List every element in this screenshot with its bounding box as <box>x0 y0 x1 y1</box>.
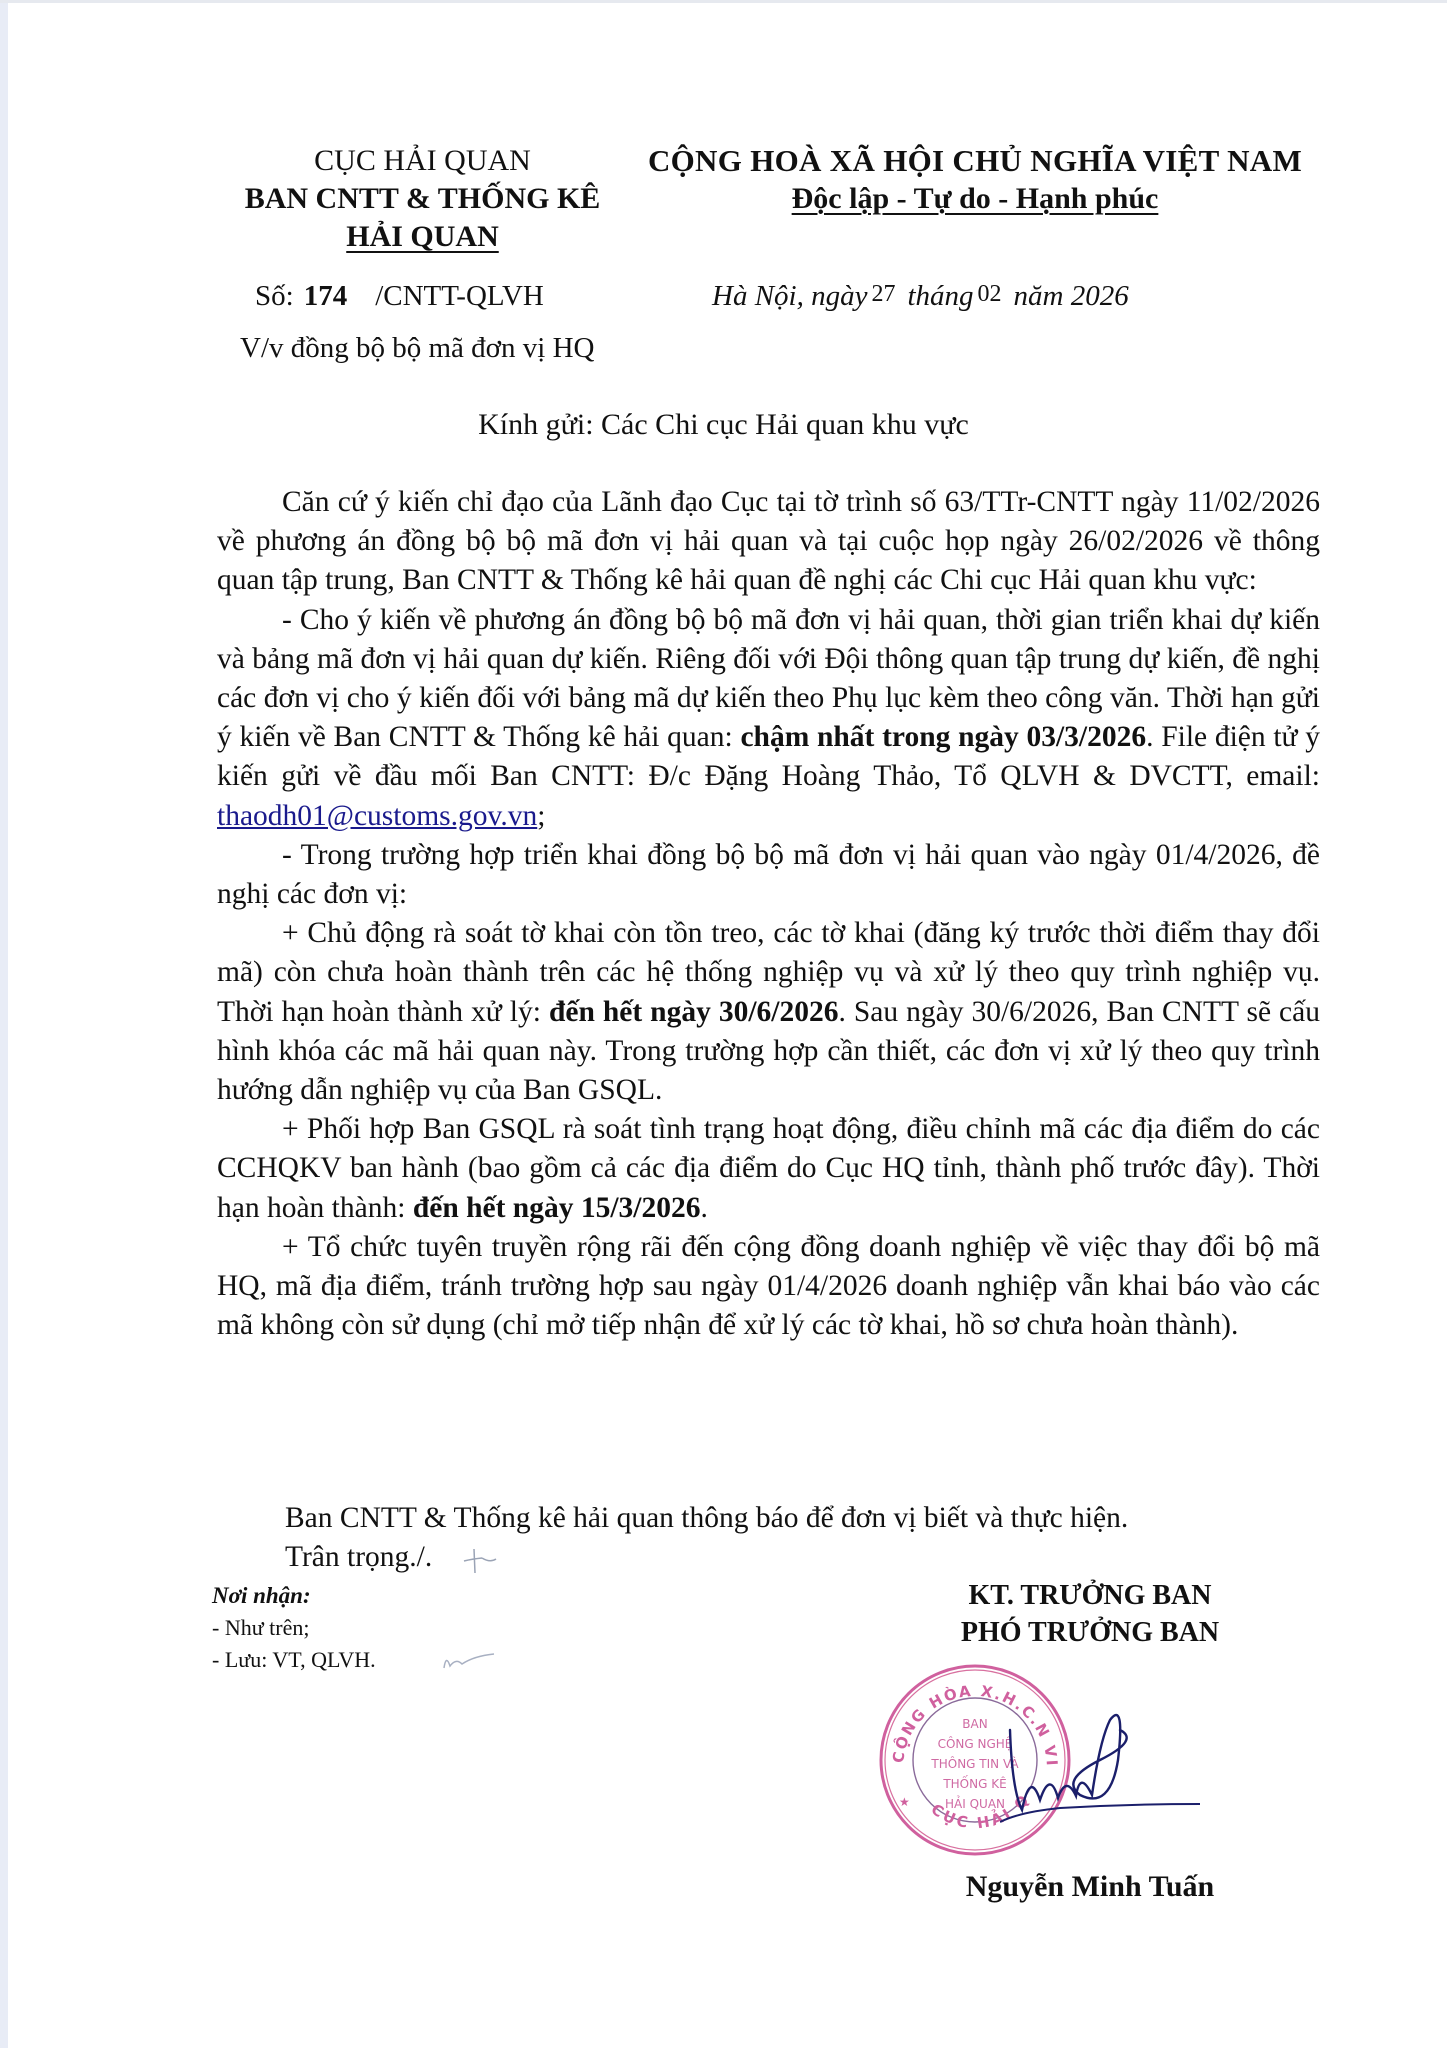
deadline-review: đến hết ngày 30/6/2026 <box>549 996 839 1028</box>
signature-icon <box>1000 1700 1210 1840</box>
date-month: 02 <box>978 281 1002 307</box>
closing-notice: Ban CNTT & Thống kê hải quan thông báo đ… <box>285 1502 1128 1535</box>
agency-parent: CỤC HẢI QUAN <box>210 142 635 180</box>
email-link[interactable]: thaodh01@customs.gov.vn <box>217 800 537 832</box>
recipient-item: - Lưu: VT, QLVH. <box>212 1644 376 1676</box>
deadline-feedback: chậm nhất trong ngày 03/3/2026 <box>740 721 1146 753</box>
paragraph-coordinate-gsql: + Phối hợp Ban GSQL rà soát tình trạng h… <box>217 1110 1320 1228</box>
addressee: Kính gửi: Các Chi cục Hải quan khu vực <box>0 408 1447 442</box>
recipients-title: Nơi nhận: <box>212 1580 376 1612</box>
paragraph-request-feedback: - Cho ý kiến về phương án đồng bộ bộ mã … <box>217 601 1320 836</box>
signature-title-1: KT. TRƯỞNG BAN <box>870 1580 1310 1612</box>
closing-regards: Trân trọng./. <box>285 1541 432 1574</box>
signature-title-2: PHÓ TRƯỞNG BAN <box>870 1617 1310 1649</box>
agency-name-line2: HẢI QUAN <box>210 218 635 256</box>
recipient-item: - Như trên; <box>212 1612 376 1644</box>
document-number: Số:174/CNTT-QLVH <box>255 280 544 313</box>
initial-mark-icon <box>440 1648 500 1672</box>
svg-text:★: ★ <box>899 1795 910 1809</box>
recipients-list: Nơi nhận: - Như trên; - Lưu: VT, QLVH. <box>212 1580 376 1676</box>
svg-text:BAN: BAN <box>962 1717 987 1731</box>
subject-line: V/v đồng bộ bộ mã đơn vị HQ <box>240 332 594 365</box>
national-title: CỘNG HOÀ XÃ HỘI CHỦ NGHĨA VIỆT NAM Độc l… <box>640 142 1310 218</box>
initial-mark-icon <box>460 1545 500 1575</box>
agency-name: BAN CNTT & THỐNG KÊ <box>210 180 635 218</box>
page-edge <box>0 0 8 2048</box>
paragraph-deployment: - Trong trường hợp triển khai đồng bộ bộ… <box>217 836 1320 914</box>
country-name: CỘNG HOÀ XÃ HỘI CHỦ NGHĨA VIỆT NAM <box>640 142 1310 180</box>
paragraph-review-declarations: + Chủ động rà soát tờ khai còn tồn treo,… <box>217 914 1320 1110</box>
number-value: 174 <box>304 280 348 313</box>
paragraph-basis: Căn cứ ý kiến chỉ đạo của Lãnh đạo Cục t… <box>217 483 1320 601</box>
motto: Độc lập - Tự do - Hạnh phúc <box>640 180 1310 218</box>
date-day: 27 <box>871 281 895 307</box>
page-edge-top <box>0 0 1447 3</box>
svg-text:THỐNG KÊ: THỐNG KÊ <box>942 1775 1006 1791</box>
document-date: Hà Nội, ngày27tháng02năm 2026 <box>712 280 1129 313</box>
signer-name: Nguyễn Minh Tuấn <box>870 1870 1310 1904</box>
issuing-agency: CỤC HẢI QUAN BAN CNTT & THỐNG KÊ HẢI QUA… <box>210 142 635 256</box>
svg-text:HẢI QUAN: HẢI QUAN <box>945 1795 1005 1811</box>
document-body: Căn cứ ý kiến chỉ đạo của Lãnh đạo Cục t… <box>217 483 1320 1345</box>
deadline-locations: đến hết ngày 15/3/2026 <box>413 1192 701 1224</box>
paragraph-communication: + Tổ chức tuyên truyền rộng rãi đến cộng… <box>217 1228 1320 1346</box>
